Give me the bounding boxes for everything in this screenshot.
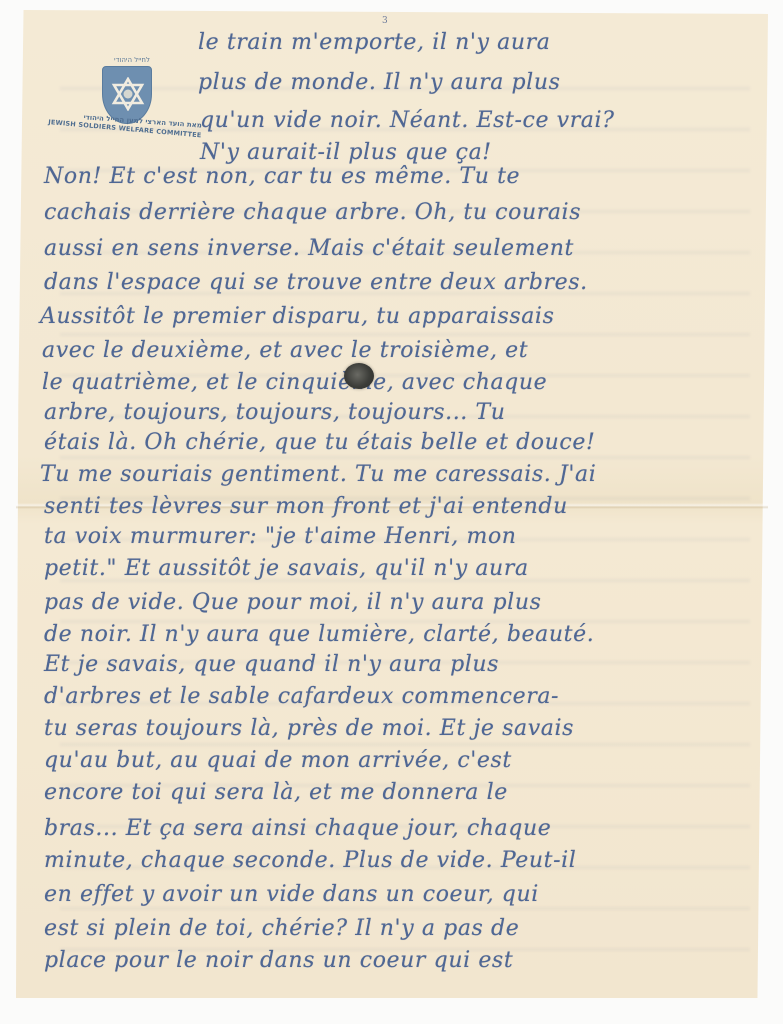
handwritten-line: arbre, toujours, toujours, toujours... T… [44, 400, 506, 425]
handwritten-line: dans l'espace qui se trouve entre deux a… [44, 270, 588, 295]
handwritten-line: étais là. Oh chérie, que tu étais belle … [44, 430, 595, 455]
handwritten-line: tu seras toujours là, près de moi. Et je… [44, 716, 574, 741]
handwritten-line: plus de monde. Il n'y aura plus [198, 70, 560, 95]
punched-hole [344, 363, 374, 389]
handwritten-line: Aussitôt le premier disparu, tu apparais… [40, 304, 554, 329]
handwritten-line: le train m'emporte, il n'y aura [198, 30, 550, 55]
handwritten-line: minute, chaque seconde. Plus de vide. Pe… [44, 848, 576, 873]
document-canvas: לחייל היהודי מאת הועד הארצי למען החייל ה… [0, 0, 783, 1024]
handwritten-line: ta voix murmurer: "je t'aime Henri, mon [44, 524, 517, 549]
handwritten-line: qu'un vide noir. Néant. Est-ce vrai? [200, 108, 615, 133]
handwritten-line: qu'au but, au quai de mon arrivée, c'est [44, 748, 512, 773]
handwritten-line: d'arbres et le sable cafardeux commencer… [44, 684, 559, 709]
handwritten-line: Non! Et c'est non, car tu es même. Tu te [44, 164, 520, 189]
star-of-david-icon [111, 77, 145, 111]
handwritten-line: petit." Et aussitôt je savais, qu'il n'y… [44, 556, 529, 581]
page-number: 3 [382, 16, 388, 26]
handwritten-line: aussi en sens inverse. Mais c'était seul… [44, 236, 574, 261]
handwritten-line: Tu me souriais gentiment. Tu me caressai… [40, 462, 596, 487]
handwritten-line: N'y aurait-il plus que ça! [200, 140, 492, 165]
handwritten-line: encore toi qui sera là, et me donnera le [44, 780, 508, 805]
handwritten-line: avec le deuxième, et avec le troisième, … [42, 338, 528, 363]
handwritten-line: cachais derrière chaque arbre. Oh, tu co… [44, 200, 581, 225]
handwritten-line: place pour le noir dans un coeur qui est [44, 948, 513, 973]
handwritten-line: de noir. Il n'y aura que lumière, clarté… [44, 622, 594, 647]
handwritten-line: est si plein de toi, chérie? Il n'y a pa… [44, 916, 519, 941]
handwritten-line: Et je savais, que quand il n'y aura plus [44, 652, 499, 677]
handwritten-line: en effet y avoir un vide dans un coeur, … [44, 882, 539, 907]
letterhead: לחייל היהודי מאת הועד הארצי למען החייל ה… [42, 56, 202, 138]
handwritten-line: pas de vide. Que pour moi, il n'y aura p… [44, 590, 541, 615]
handwritten-line: le quatrième, et le cinquième, avec chaq… [42, 370, 547, 395]
letterhead-hebrew-title: לחייל היהודי [102, 56, 162, 64]
handwritten-line: bras... Et ça sera ainsi chaque jour, ch… [44, 816, 551, 841]
handwritten-line: senti tes lèvres sur mon front et j'ai e… [44, 494, 568, 519]
reverse-side-bleed-through [60, 60, 750, 980]
